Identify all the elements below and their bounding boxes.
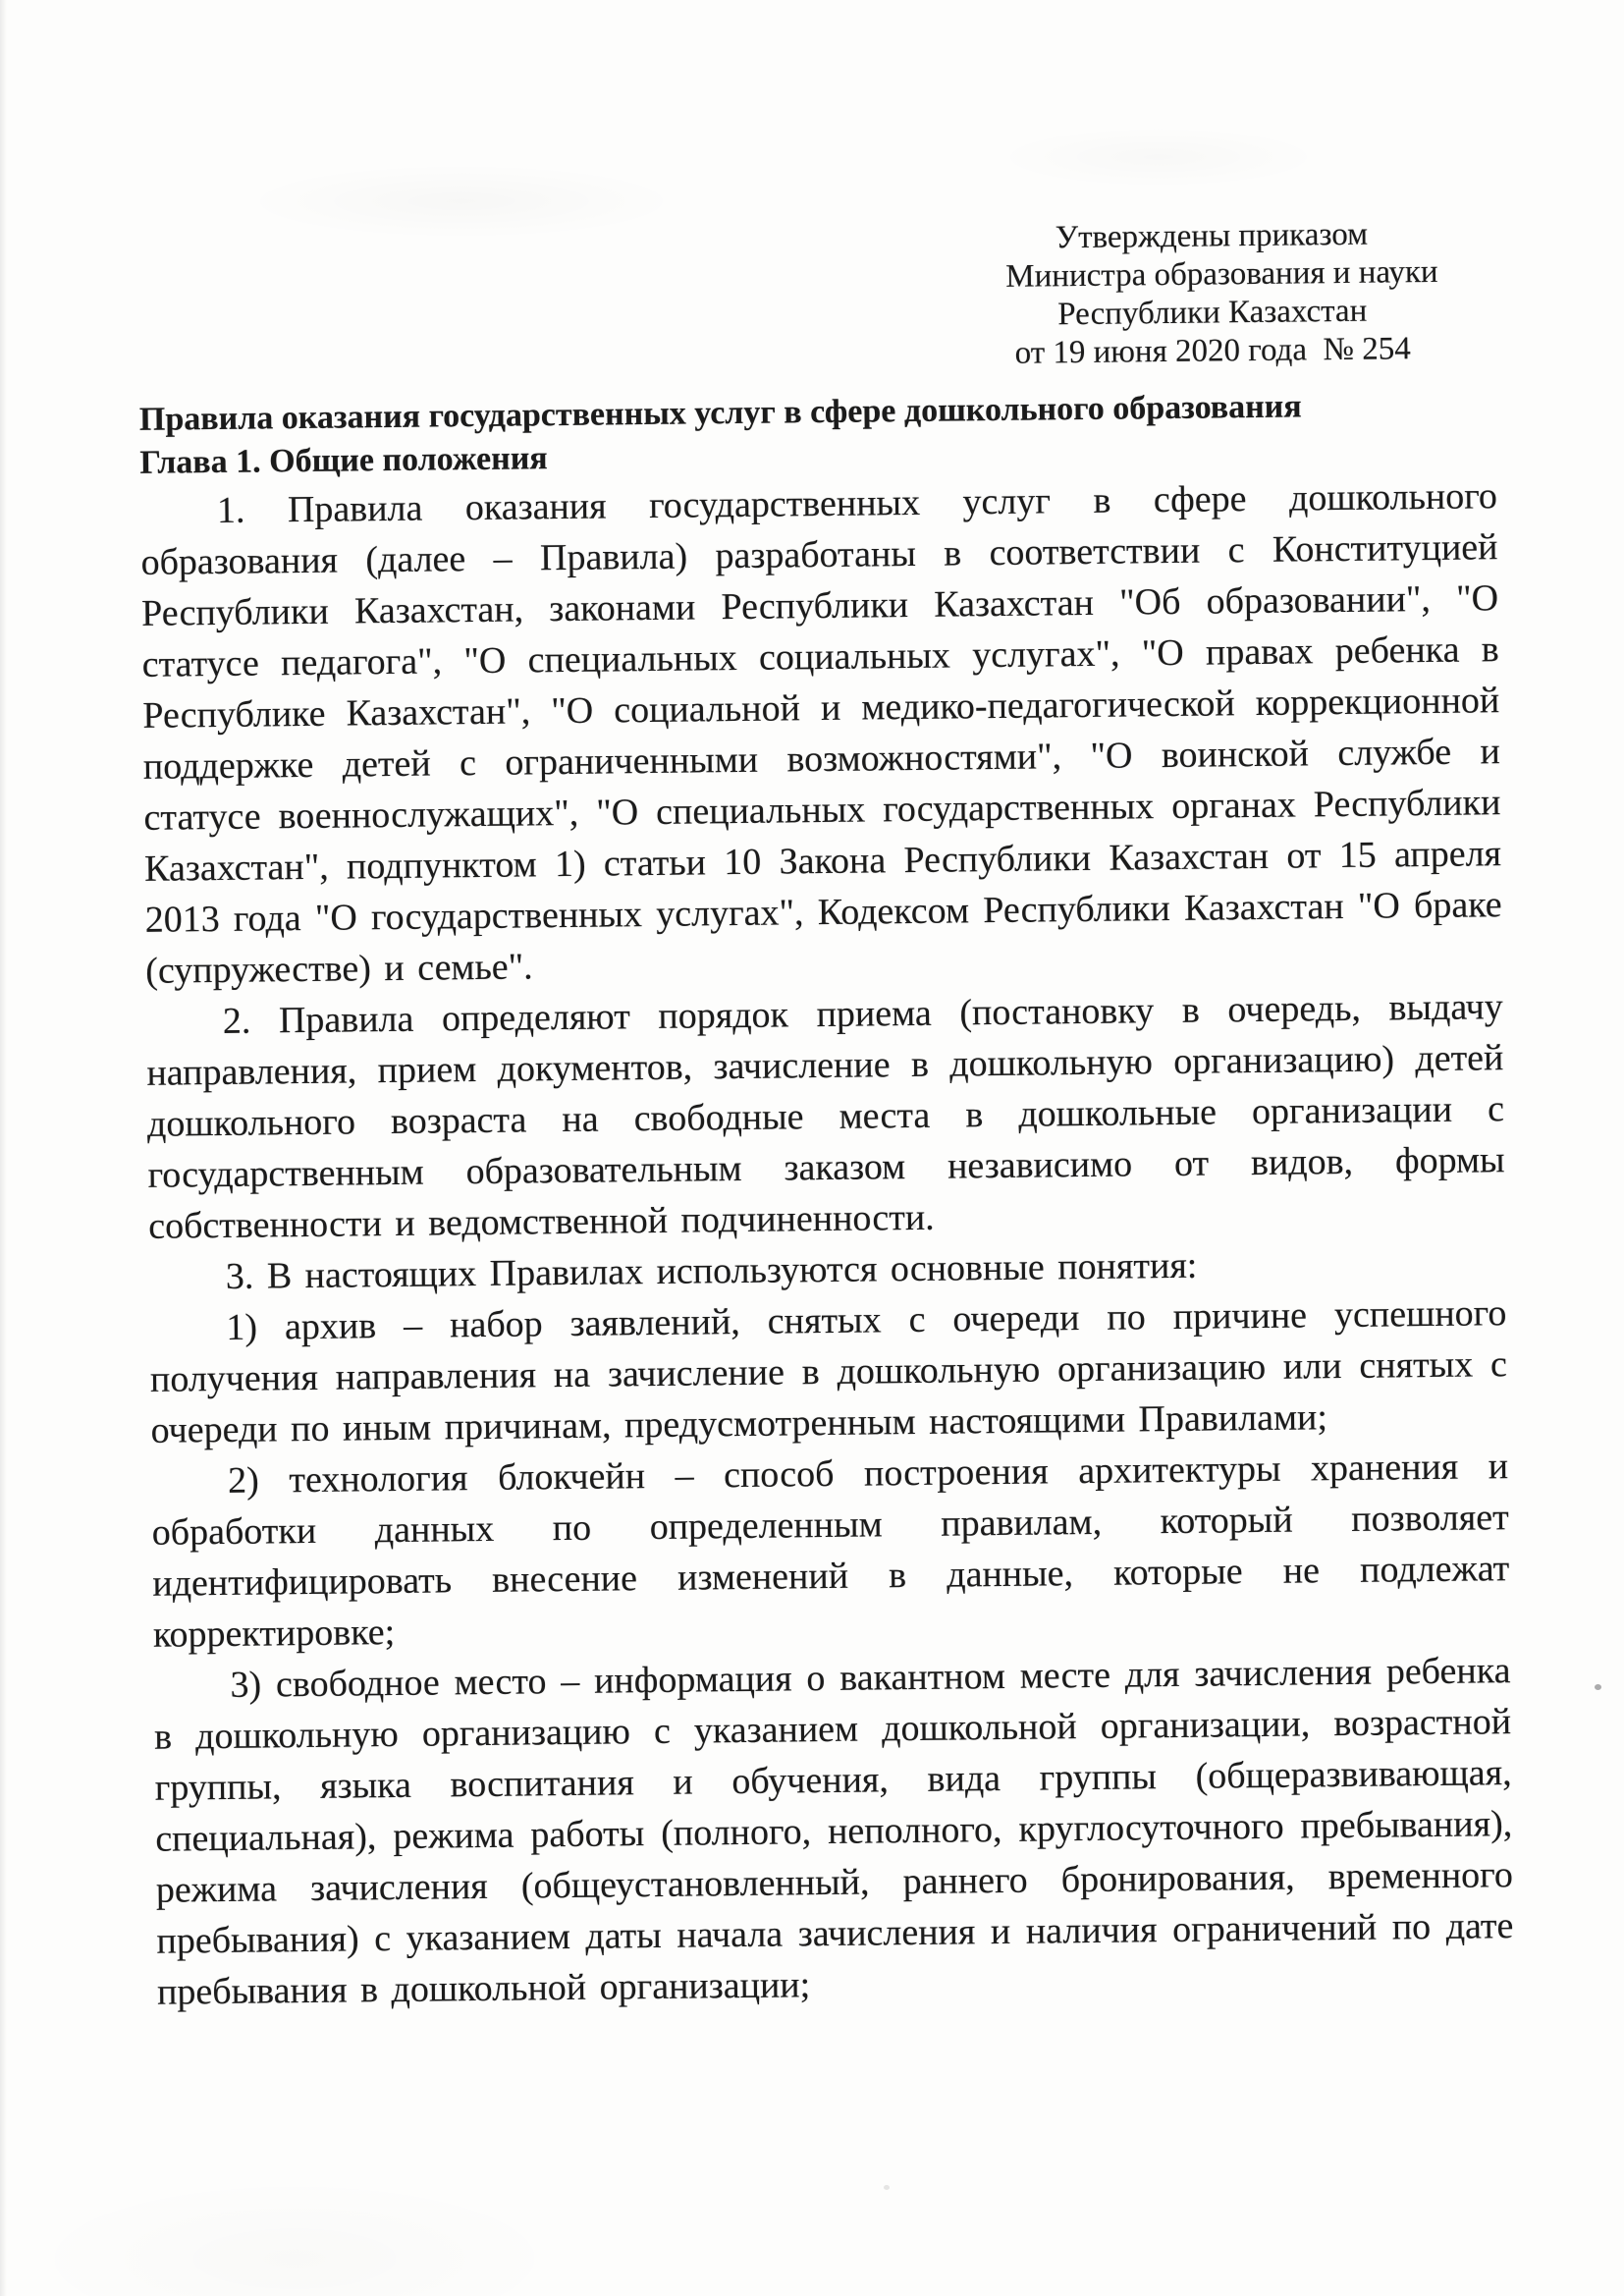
paragraph-1: 1. Правила оказания государственных услу… (140, 470, 1503, 997)
scanned-document-page: Утверждены приказом Министра образования… (0, 0, 1624, 2296)
paragraph-3-sub-3: 3) свободное место – информация о вакант… (153, 1645, 1514, 2018)
scan-speck (884, 2185, 890, 2190)
approval-line-1: Утверждены приказом (1005, 215, 1418, 258)
approval-line-4: от 19 июня 2020 года № 254 (1006, 330, 1419, 373)
paragraph-3-sub-1: 1) архив – набор заявлений, снятых с оче… (149, 1287, 1508, 1456)
paragraph-2: 2. Правила определяют порядок приема (по… (146, 981, 1506, 1252)
scan-speck (911, 1224, 916, 1229)
scan-speck (1595, 1684, 1601, 1690)
document-content: Утверждены приказом Министра образования… (137, 214, 1515, 2018)
approval-block: Утверждены приказом Министра образования… (1005, 215, 1420, 373)
approval-line-3: Республики Казахстан (1006, 292, 1419, 335)
approval-line-2: Министра образования и науки (1005, 253, 1418, 297)
paragraph-3-sub-2: 2) технология блокчейн – способ построен… (151, 1441, 1510, 1661)
